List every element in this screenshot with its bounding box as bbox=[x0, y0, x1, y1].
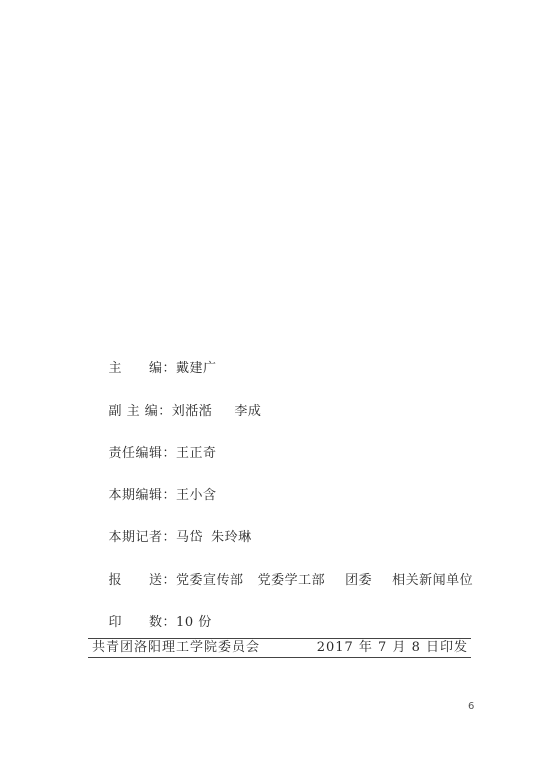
deputy-editor-row: 副 主 编：刘湉湉李成 bbox=[90, 388, 261, 436]
issue-editor-label: 本期编辑： bbox=[109, 488, 177, 504]
distribution-recipient: 党委宣传部 bbox=[176, 573, 244, 589]
publisher-name: 共青团洛阳理工学院委员会 bbox=[92, 640, 260, 656]
print-count-label: 印 数： bbox=[109, 615, 177, 631]
distribution-recipient: 相关新闻单位 bbox=[392, 573, 473, 589]
responsible-editor-value: 王正奇 bbox=[176, 446, 217, 462]
responsible-editor-row: 责任编辑：王正奇 bbox=[90, 430, 217, 478]
chief-editor-row: 主 编：戴建广 bbox=[90, 345, 217, 393]
distribution-recipient: 党委学工部 bbox=[258, 573, 326, 589]
distribution-recipient: 团委 bbox=[345, 573, 372, 589]
issue-reporters-row: 本期记者：马岱朱玲琳 bbox=[90, 514, 252, 562]
issue-reporter-name: 朱玲琳 bbox=[211, 530, 252, 546]
deputy-editor-label: 副 主 编： bbox=[109, 404, 172, 420]
document-page: 主 编：戴建广 副 主 编：刘湉湉李成 责任编辑：王正奇 本期编辑：王小含 本期… bbox=[0, 0, 542, 768]
chief-editor-value: 戴建广 bbox=[176, 361, 217, 377]
issue-reporters-label: 本期记者： bbox=[109, 530, 177, 546]
issue-reporter-name: 马岱 bbox=[176, 530, 203, 546]
footer-top-rule bbox=[88, 638, 471, 639]
issue-date: 2017 年 7 月 8 日印发 bbox=[317, 640, 468, 656]
issue-editor-value: 王小含 bbox=[176, 488, 217, 504]
print-count-value: 10 份 bbox=[176, 615, 212, 631]
issue-editor-row: 本期编辑：王小含 bbox=[90, 472, 217, 520]
footer-bottom-rule bbox=[88, 657, 471, 658]
distribution-row: 报 送：党委宣传部党委学工部团委相关新闻单位 bbox=[90, 557, 473, 605]
distribution-label: 报 送： bbox=[109, 573, 177, 589]
deputy-editor-value: 刘湉湉 bbox=[172, 404, 213, 420]
page-number: 6 bbox=[468, 701, 474, 712]
deputy-editor-value: 李成 bbox=[234, 404, 261, 420]
chief-editor-label: 主 编： bbox=[109, 361, 177, 377]
footer-row: 共青团洛阳理工学院委员会 2017 年 7 月 8 日印发 bbox=[92, 640, 468, 656]
responsible-editor-label: 责任编辑： bbox=[109, 446, 177, 462]
